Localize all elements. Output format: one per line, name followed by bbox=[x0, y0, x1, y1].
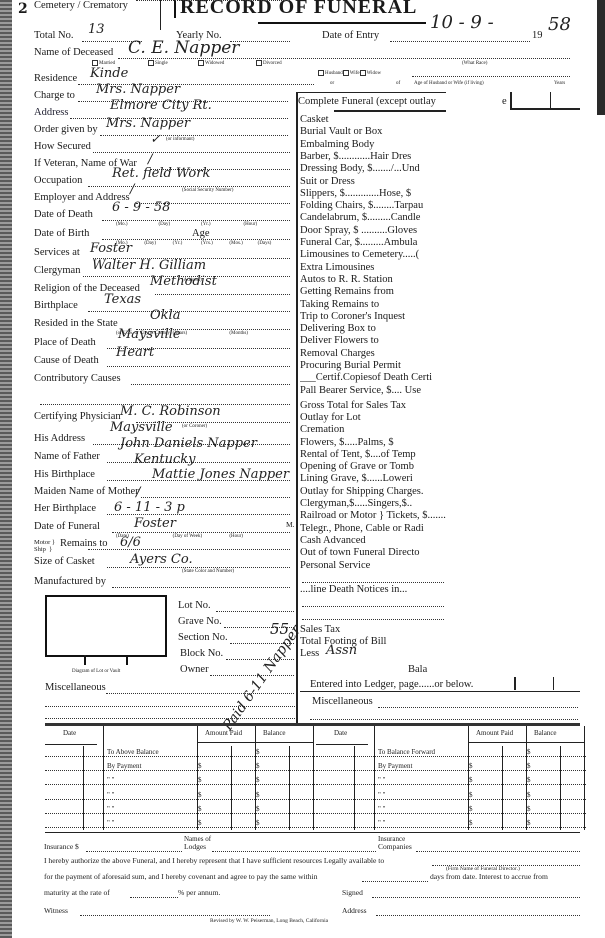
field-label: Cemetery / Crematory bbox=[34, 0, 128, 11]
field-value[interactable]: Kentucky bbox=[134, 452, 196, 467]
address-footer-line[interactable] bbox=[376, 915, 580, 916]
days-line bbox=[362, 881, 428, 882]
companies-line bbox=[416, 851, 580, 852]
field-value[interactable]: Ayers Co. bbox=[130, 552, 193, 567]
field-caption: (Yrs.) bbox=[201, 241, 213, 246]
lot-no-line bbox=[216, 611, 294, 612]
miscellaneous-label-right: Miscellaneous bbox=[312, 696, 373, 707]
misc-right-line-2 bbox=[310, 719, 578, 720]
charge-item: Folding Chairs, $........Tarpau bbox=[300, 200, 446, 211]
misc-line-1 bbox=[106, 693, 294, 694]
charge-line bbox=[302, 619, 444, 620]
field-line bbox=[93, 152, 290, 153]
e-label: e bbox=[502, 96, 507, 107]
signed-label: Signed bbox=[342, 888, 363, 897]
ledger-row-label: To Balance Forward bbox=[378, 748, 435, 756]
dollar-sign: $ bbox=[256, 776, 260, 784]
ledger-row-line[interactable] bbox=[316, 827, 586, 828]
insurance-companies-label: Companies bbox=[378, 842, 412, 851]
ledger-row-label: By Payment bbox=[107, 762, 141, 770]
field-value[interactable]: Okla bbox=[150, 308, 180, 323]
ledger-header-amt: Amount Paid bbox=[476, 729, 513, 737]
field-value[interactable]: Heart bbox=[116, 345, 154, 360]
revised-by-credit: Revised by W. W. Peiserman, Long Beach, … bbox=[210, 918, 328, 924]
ledger-date-rule bbox=[316, 744, 368, 745]
ledger-row-line[interactable] bbox=[45, 799, 315, 800]
field-caption: (Months) bbox=[229, 331, 248, 336]
scan-edge-right bbox=[597, 0, 605, 115]
charge-item: Casket bbox=[300, 114, 446, 125]
charge-item: Opening of Grave or Tomb bbox=[300, 461, 446, 472]
field-label: Remains to bbox=[60, 538, 108, 549]
ledger-subcol-rule bbox=[289, 746, 290, 830]
field-value[interactable]: Walter H. Gilliam bbox=[92, 258, 206, 273]
box-divider bbox=[510, 92, 512, 108]
title-left-border bbox=[174, 0, 176, 18]
field-caption: (Yr.) bbox=[173, 241, 183, 246]
order-given-by-label: Order given by bbox=[34, 124, 98, 135]
dollar-sign: $ bbox=[198, 776, 202, 784]
ledger-row-line[interactable] bbox=[316, 784, 586, 785]
rate-line bbox=[130, 897, 178, 898]
charge-item: Candelabrum, $.........Candle bbox=[300, 212, 446, 223]
insurance-label: Insurance $ bbox=[44, 842, 79, 851]
field-value[interactable]: Ret. field Work bbox=[112, 166, 210, 181]
charge-item: Total Footing of Bill bbox=[300, 636, 446, 647]
dollar-sign: $ bbox=[198, 805, 202, 813]
insurance-line bbox=[86, 851, 182, 852]
field-line bbox=[88, 549, 290, 550]
dollar-sign: $ bbox=[469, 762, 473, 770]
section-no-label: Section No. bbox=[178, 632, 228, 643]
field-value[interactable]: M. C. Robinson bbox=[120, 404, 221, 419]
field-label: Date of Funeral bbox=[34, 521, 100, 532]
or-informant-label: (or informant) bbox=[166, 137, 194, 142]
less-value[interactable]: Assn bbox=[326, 643, 357, 658]
name-line bbox=[118, 58, 570, 59]
field-label: His Birthplace bbox=[34, 469, 95, 480]
name-of-deceased-value[interactable]: C. E. Napper bbox=[128, 38, 239, 58]
order-line bbox=[100, 135, 288, 136]
field-caption: (Yr.) bbox=[201, 222, 211, 227]
diagram-leg-left bbox=[84, 655, 86, 665]
field-value[interactable]: / bbox=[130, 182, 134, 197]
field-label: Contributory Causes bbox=[34, 373, 121, 384]
spouse-checkboxes[interactable]: HusbandWifeWidow bbox=[318, 70, 381, 76]
charge-item: Rental of Tent, $....of Temp bbox=[300, 449, 446, 460]
order-given-by-value[interactable]: Mrs. Napper bbox=[106, 116, 190, 131]
checkbox-single[interactable]: Single bbox=[148, 60, 168, 66]
ledger-col-rule bbox=[374, 726, 375, 830]
charge-item: Autos to R. R. Station bbox=[300, 274, 446, 285]
box-base bbox=[510, 108, 580, 110]
field-line bbox=[155, 294, 290, 295]
field-label: Her Birthplace bbox=[34, 503, 96, 514]
address-value[interactable]: Elmore City Rt. bbox=[110, 98, 212, 113]
ledger-row-label: " " bbox=[378, 776, 385, 784]
charge-item: Outlay for Shipping Charges. bbox=[300, 486, 446, 497]
scan-edge-left bbox=[0, 0, 12, 938]
charge-item: Telegr., Phone, Cable or Radi bbox=[300, 523, 446, 534]
charge-item: Gross Total for Sales Tax bbox=[300, 400, 446, 411]
ledger-subcol-rule bbox=[560, 746, 561, 830]
charge-item: Extra Limousines bbox=[300, 262, 446, 273]
residence-label: Residence bbox=[34, 73, 77, 84]
balance-label: Bala bbox=[408, 664, 427, 675]
charge-item: Pall Bearer Service, $.... Use bbox=[300, 385, 446, 396]
charge-item: Deliver Flowers to bbox=[300, 335, 446, 346]
field-label: Date of Death bbox=[34, 209, 93, 220]
field-value[interactable]: 6 - 9 - 58 bbox=[112, 200, 170, 215]
ledger-header-bal: Balance bbox=[263, 729, 286, 737]
ledger-row-line[interactable] bbox=[45, 756, 315, 757]
ledger-row-label: " " bbox=[107, 776, 114, 784]
field-line bbox=[112, 587, 290, 588]
field-value[interactable]: / bbox=[148, 152, 152, 167]
ledger-col-rule bbox=[584, 726, 585, 830]
field-line bbox=[107, 567, 290, 568]
field-caption: (Social Security Number) bbox=[182, 188, 233, 193]
field-value[interactable]: Texas bbox=[104, 292, 141, 307]
field-caption: (Day) bbox=[144, 241, 156, 246]
lot-no-label: Lot No. bbox=[178, 600, 211, 611]
checkbox-divorced[interactable]: Divorced bbox=[256, 60, 282, 66]
field-caption: (Mos.) bbox=[229, 241, 242, 246]
ledger-row-line[interactable] bbox=[316, 799, 586, 800]
dollar-sign: $ bbox=[469, 805, 473, 813]
field-value[interactable]: John Daniels Napper bbox=[120, 436, 257, 451]
charge-item: Cash Advanced bbox=[300, 535, 446, 546]
address-footer-label: Address bbox=[342, 906, 367, 915]
dollar-sign: $ bbox=[527, 762, 531, 770]
ledger-row-label: " " bbox=[378, 791, 385, 799]
dollar-sign: $ bbox=[256, 819, 260, 827]
charge-item: Funeral Car, $.........Ambula bbox=[300, 237, 446, 248]
dollar-sign: $ bbox=[527, 791, 531, 799]
year-prefix: 19 bbox=[532, 30, 543, 41]
title-underline bbox=[258, 22, 426, 24]
diagram-caption: Diagram of Lot or Vault bbox=[72, 669, 120, 674]
owner-label: Owner bbox=[180, 664, 209, 675]
charge-line bbox=[302, 582, 444, 583]
field-line bbox=[107, 366, 290, 367]
charge-item: Cremation bbox=[300, 424, 446, 435]
entered-ledger-label: Entered into Ledger, page......or below. bbox=[310, 679, 473, 690]
dollar-sign: $ bbox=[256, 762, 260, 770]
ledger-box-div bbox=[514, 677, 516, 690]
age-label: Age bbox=[192, 228, 210, 239]
block-no-label: Block No. bbox=[180, 648, 223, 659]
charge-item: Removal Charges bbox=[300, 348, 446, 359]
field-caption: (Days) bbox=[258, 241, 272, 246]
dollar-sign: $ bbox=[198, 819, 202, 827]
motor-ship-label: Motor } Ship } bbox=[34, 539, 55, 553]
ledger-subcol-rule bbox=[354, 746, 355, 830]
dollar-sign: $ bbox=[527, 776, 531, 784]
field-label: Name of Father bbox=[34, 451, 100, 462]
year-value[interactable]: 58 bbox=[548, 14, 571, 35]
charge-to-value[interactable]: Mrs. Napper bbox=[96, 82, 180, 97]
field-line bbox=[112, 532, 290, 533]
dollar-sign: $ bbox=[198, 762, 202, 770]
grave-no-label: Grave No. bbox=[178, 616, 222, 627]
ledger-subcol-rule bbox=[231, 746, 232, 830]
entered-ledger-underline bbox=[300, 691, 580, 692]
dollar-sign: $ bbox=[256, 805, 260, 813]
ledger-row-label: " " bbox=[378, 819, 385, 827]
charge-item: Out of town Funeral Directo bbox=[300, 547, 446, 558]
date-of-entry-line bbox=[390, 41, 530, 42]
field-label: Place of Death bbox=[34, 337, 96, 348]
charge-item: Less bbox=[300, 648, 446, 659]
ledger-header-date: Date bbox=[334, 729, 347, 737]
charge-item: Outlay for Lot bbox=[300, 412, 446, 423]
field-caption: (or Coroner) bbox=[182, 424, 207, 429]
field-value[interactable]: / bbox=[136, 485, 140, 500]
dollar-sign: $ bbox=[469, 776, 473, 784]
field-label: Cause of Death bbox=[34, 355, 99, 366]
charge-item: Railroad or Motor } Tickets, $........ bbox=[300, 510, 446, 521]
dollar-sign: $ bbox=[256, 791, 260, 799]
field-line bbox=[136, 0, 290, 1]
diagram-leg-right bbox=[126, 655, 128, 665]
field-label: Certifying Physician bbox=[34, 411, 121, 422]
charges-panel-top-border bbox=[296, 92, 446, 93]
charge-item: Limousines to Cemetery.....( bbox=[300, 249, 446, 260]
payment-statement: for the payment of aforesaid sum, and I … bbox=[44, 872, 318, 881]
ledger-subcol-rule bbox=[83, 746, 84, 830]
charge-to-label: Charge to bbox=[34, 90, 75, 101]
ledger-header-date: Date bbox=[63, 729, 76, 737]
ledger-row-label: " " bbox=[107, 791, 114, 799]
witness-label: Witness bbox=[44, 906, 68, 915]
field-value[interactable]: Maysville bbox=[110, 420, 173, 435]
charge-item: ___Certif.Copiesof Death Certi bbox=[300, 372, 446, 383]
field-value[interactable]: Foster bbox=[134, 516, 176, 531]
field-line bbox=[131, 384, 290, 385]
pm-suffix: M. bbox=[286, 520, 295, 529]
age-of-spouse-label: Age of Husband or Wife (if living) bbox=[414, 81, 484, 86]
or-label: or bbox=[330, 81, 334, 86]
ledger-box-div-2 bbox=[553, 677, 554, 690]
ledger-bottom-rule bbox=[45, 832, 580, 833]
years-label: Years bbox=[554, 81, 565, 86]
name-of-deceased-label: Name of Deceased bbox=[34, 47, 113, 58]
dollar-sign: $ bbox=[198, 791, 202, 799]
ledger-row-line[interactable] bbox=[45, 827, 315, 828]
dollar-sign: $ bbox=[256, 748, 260, 756]
residence-value[interactable]: Kinde bbox=[90, 66, 128, 81]
field-label: Clergyman bbox=[34, 265, 80, 276]
lodges-label: Lodges bbox=[184, 842, 206, 851]
field-value[interactable]: Methodist bbox=[150, 274, 217, 289]
field-line bbox=[102, 220, 290, 221]
field-label: Maiden Name of Mother bbox=[34, 486, 139, 497]
field-line bbox=[141, 497, 290, 498]
field-value[interactable]: 6 - 11 - 3 p bbox=[114, 500, 185, 515]
date-of-entry-label: Date of Entry bbox=[322, 30, 379, 41]
charge-item: Taking Remains to bbox=[300, 299, 446, 310]
miscellaneous-label-left: Miscellaneous bbox=[45, 682, 106, 693]
misc-line-2 bbox=[45, 706, 295, 707]
field-caption: (Day of Week) bbox=[173, 534, 203, 539]
charge-item: Door Spray, $ ..........Gloves bbox=[300, 225, 446, 236]
field-line bbox=[88, 311, 290, 312]
field-value[interactable]: Maysville bbox=[118, 327, 181, 342]
dollar-sign: $ bbox=[469, 791, 473, 799]
field-caption: (Hour) bbox=[244, 222, 258, 227]
ledger-header-amt: Amount Paid bbox=[205, 729, 242, 737]
what-race-label: (What Race) bbox=[462, 61, 487, 66]
address-label: Address bbox=[34, 107, 68, 118]
ledger-row-label: " " bbox=[378, 805, 385, 813]
field-label: Date of Birth bbox=[34, 228, 89, 239]
of-label: of bbox=[396, 81, 400, 86]
total-no-label: Total No. bbox=[34, 30, 74, 41]
charge-item: Burial Vault or Box bbox=[300, 126, 446, 137]
misc-line-3 bbox=[45, 718, 295, 719]
field-label: Occupation bbox=[34, 175, 82, 186]
field-label: His Address bbox=[34, 433, 85, 444]
authorize-statement: I hereby authorize the above Funeral, an… bbox=[44, 856, 384, 865]
ledger-row-line[interactable] bbox=[316, 770, 586, 771]
paid-scribble: Paid 6-11 Napper bbox=[220, 622, 304, 733]
dollar-sign: $ bbox=[469, 819, 473, 827]
field-caption: (Mo.) bbox=[116, 222, 128, 227]
charge-item: Slippers, $.............Hose, $ bbox=[300, 188, 446, 199]
lodges-line bbox=[212, 851, 376, 852]
box-divider-2 bbox=[550, 92, 551, 108]
field-label: Birthplace bbox=[34, 300, 78, 311]
crease-line bbox=[160, 0, 161, 30]
ledger-row-label: By Payment bbox=[378, 762, 412, 770]
ledger-row-line[interactable] bbox=[45, 813, 315, 814]
charge-item: Delivering Box to bbox=[300, 323, 446, 334]
form-title: RECORD OF FUNERAL bbox=[180, 0, 417, 19]
ledger-row-line[interactable] bbox=[45, 770, 315, 771]
field-caption: (State Color and Number) bbox=[182, 569, 234, 574]
field-caption: (Hour) bbox=[229, 534, 243, 539]
charge-item: Personal Service bbox=[300, 560, 446, 571]
charge-line bbox=[302, 606, 444, 607]
charge-item: Clergyman,$.....Singers,$.. bbox=[300, 498, 446, 509]
ledger-row-label: " " bbox=[107, 819, 114, 827]
charge-item: Flowers, $.....Palms, $ bbox=[300, 437, 446, 448]
signed-line[interactable] bbox=[372, 897, 580, 898]
page-number: 2 bbox=[18, 1, 28, 17]
per-annum-label: % per annum. bbox=[178, 888, 220, 897]
field-label: Manufactured by bbox=[34, 576, 106, 587]
charge-item: Dressing Body, $......./...Und bbox=[300, 163, 446, 174]
checkbox-widowed[interactable]: Widowed bbox=[198, 60, 224, 66]
diagram-gap bbox=[84, 655, 86, 656]
dollar-sign: $ bbox=[527, 805, 531, 813]
ledger-subcol-rule bbox=[502, 746, 503, 830]
charge-item: Lining Grave, $......Loweri bbox=[300, 473, 446, 484]
total-no-value[interactable]: 13 bbox=[88, 22, 105, 37]
misc-right-line-1 bbox=[378, 707, 578, 708]
field-value[interactable]: ✓ bbox=[150, 132, 161, 147]
complete-funeral-heading: Complete Funeral (except outlay bbox=[298, 96, 436, 107]
field-label: How Secured bbox=[34, 141, 91, 152]
charge-item: Suit or Dress bbox=[300, 176, 446, 187]
field-label: Size of Casket bbox=[34, 556, 95, 567]
heading-underline bbox=[334, 110, 446, 112]
ledger-row-label: " " bbox=[107, 805, 114, 813]
ledger-col-rule bbox=[103, 726, 104, 830]
charge-item: Procuring Burial Permit bbox=[300, 360, 446, 371]
days-statement: days from date. Interest to accrue from bbox=[430, 872, 548, 881]
ledger-row-line[interactable] bbox=[316, 756, 586, 757]
witness-line[interactable] bbox=[80, 915, 270, 916]
ledger-amount-rule bbox=[468, 742, 584, 743]
charge-item: Trip to Coroner's Inquest bbox=[300, 311, 446, 322]
field-value[interactable]: Mattie Jones Napper bbox=[152, 467, 289, 482]
lot-diagram bbox=[45, 595, 167, 657]
charge-item: Sales Tax bbox=[300, 624, 446, 635]
field-caption: (Day) bbox=[159, 222, 171, 227]
ledger-date-rule bbox=[45, 744, 97, 745]
charge-item: ....line Death Notices in... bbox=[300, 584, 446, 595]
field-label: Services at bbox=[34, 247, 80, 258]
dollar-sign: $ bbox=[527, 819, 531, 827]
ledger-row-label: To Above Balance bbox=[107, 748, 159, 756]
date-of-entry-value[interactable]: 10 - 9 - bbox=[430, 12, 494, 33]
field-line bbox=[88, 186, 290, 187]
ledger-amount-rule bbox=[197, 742, 313, 743]
maturity-label: maturity at the rate of bbox=[44, 888, 110, 897]
owner-line bbox=[210, 675, 294, 676]
ledger-col-rule bbox=[313, 726, 314, 830]
charge-item: Embalming Body bbox=[300, 139, 446, 150]
field-line bbox=[102, 239, 290, 240]
field-value[interactable]: Foster bbox=[90, 241, 132, 256]
spouse-line bbox=[412, 76, 570, 77]
ledger-row-line[interactable] bbox=[45, 784, 315, 785]
ledger-row-line[interactable] bbox=[316, 813, 586, 814]
charge-item: Barber, $............Hair Dres bbox=[300, 151, 446, 162]
field-value[interactable]: 6/6 bbox=[120, 535, 141, 550]
charge-item: Getting Remains from bbox=[300, 286, 446, 297]
field-label: Resided in the State bbox=[34, 318, 118, 329]
ledger-header-bal: Balance bbox=[534, 729, 557, 737]
dollar-sign: $ bbox=[527, 748, 531, 756]
